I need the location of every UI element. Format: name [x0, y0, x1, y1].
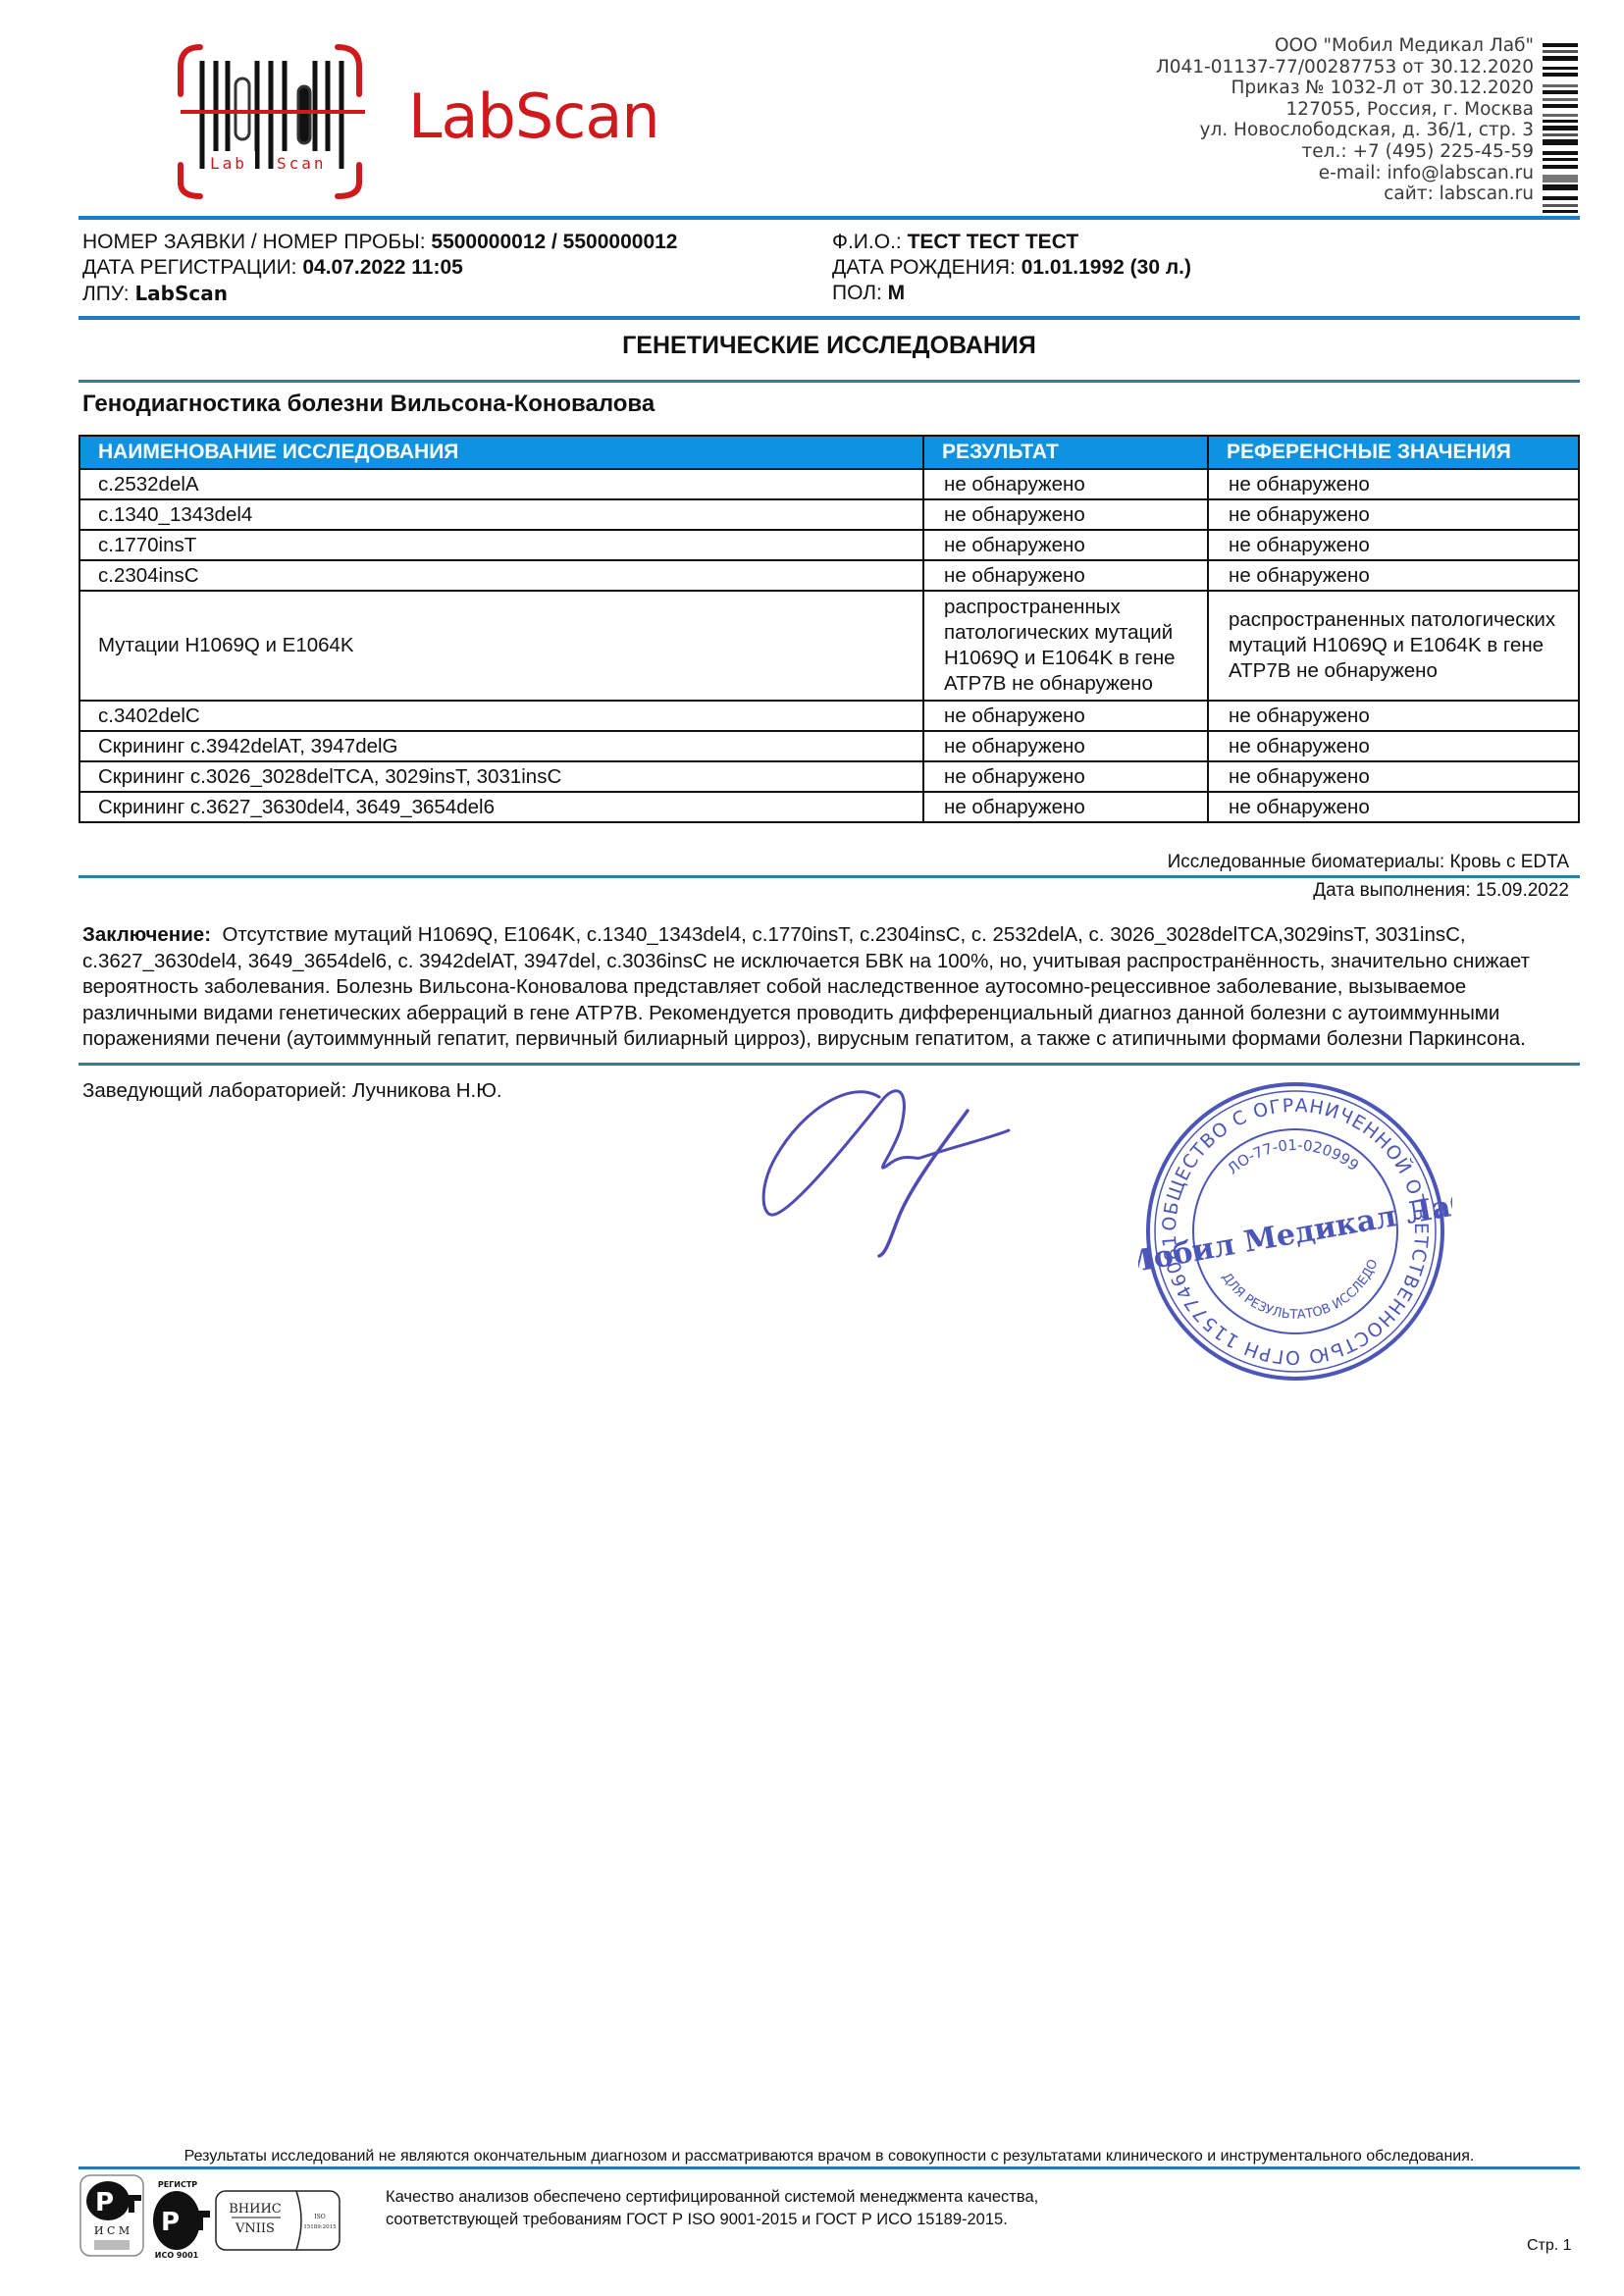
barcode-icon	[1543, 41, 1578, 214]
table-header: НАИМЕНОВАНИЕ ИССЛЕДОВАНИЯ РЕЗУЛЬТАТ РЕФЕ…	[79, 436, 1579, 469]
logo-wordmark: LabScan	[408, 80, 659, 152]
patient-name-value: ТЕСТ ТЕСТ ТЕСТ	[908, 231, 1079, 253]
test-result: не обнаружено	[923, 530, 1208, 560]
conclusion: Заключение: Отсутствие мутаций H1069Q, E…	[82, 922, 1574, 1053]
svg-text:Scan: Scan	[277, 154, 327, 173]
patient-name-row: Ф.И.О.: ТЕСТ ТЕСТ ТЕСТ	[832, 230, 1191, 255]
test-result: не обнаружено	[923, 469, 1208, 499]
table-row: c.2532delA не обнаружено не обнаружено	[79, 469, 1579, 499]
conclusion-label: Заключение:	[82, 923, 211, 946]
registration-date-value: 04.07.2022 11:05	[302, 256, 463, 279]
conclusion-text: Отсутствие мутаций H1069Q, E1064K, c.134…	[82, 923, 1530, 1050]
section-divider	[79, 380, 1580, 383]
company-name: ООО "Мобил Медикал Лаб"	[1156, 35, 1534, 57]
svg-text:И С М: И С М	[94, 2224, 130, 2237]
svg-text:Р: Р	[161, 2208, 180, 2237]
test-reference: не обнаружено	[1208, 761, 1579, 792]
company-site: сайт: labscan.ru	[1156, 183, 1534, 205]
test-name: Мутации H1069Q и E1064K	[79, 591, 923, 701]
sex-row: ПОЛ: М	[832, 281, 1191, 306]
company-email: e-mail: info@labscan.ru	[1156, 163, 1534, 184]
biomaterial-note: Исследованные биоматериалы: Кровь с EDTA	[1168, 852, 1569, 873]
company-phone: тел.: +7 (495) 225-45-59	[1156, 141, 1534, 163]
test-reference: не обнаружено	[1208, 731, 1579, 761]
page-number: Стр. 1	[1527, 2237, 1572, 2255]
svg-text:ВНИИС: ВНИИС	[229, 2202, 282, 2217]
test-name: c.3402delC	[79, 701, 923, 731]
patient-name-label: Ф.И.О.:	[832, 231, 908, 253]
info-divider	[79, 316, 1580, 320]
disclaimer: Результаты исследований не являются окон…	[0, 2148, 1624, 2166]
test-reference: не обнаружено	[1208, 701, 1579, 731]
test-title: Генодиагностика болезни Вильсона-Коновал…	[82, 391, 655, 418]
column-header-name: НАИМЕНОВАНИЕ ИССЛЕДОВАНИЯ	[79, 436, 923, 469]
table-row: c.1340_1343del4 не обнаружено не обнаруж…	[79, 499, 1579, 530]
rst-registry-icon: РЕГИСТР Р ИСО 9001	[153, 2180, 210, 2260]
svg-text:15189:2015: 15189:2015	[303, 2224, 337, 2230]
section-title: ГЕНЕТИЧЕСКИЕ ИССЛЕДОВАНИЯ	[0, 332, 1624, 360]
labscan-logo: Lab Scan LabScan	[173, 37, 663, 204]
test-reference: не обнаружено	[1208, 560, 1579, 591]
table-row: c.3402delC не обнаружено не обнаружено	[79, 701, 1579, 731]
sex-label: ПОЛ:	[832, 282, 888, 304]
test-reference: не обнаружено	[1208, 469, 1579, 499]
company-street: ул. Новослободская, д. 36/1, стр. 3	[1156, 120, 1534, 141]
svg-text:РЕГИСТР: РЕГИСТР	[158, 2180, 197, 2189]
test-name: c.1340_1343del4	[79, 499, 923, 530]
test-name: c.2532delA	[79, 469, 923, 499]
table-row: c.2304insC не обнаружено не обнаружено	[79, 560, 1579, 591]
test-name: c.1770insT	[79, 530, 923, 560]
head-of-lab: Заведующий лабораторией: Лучникова Н.Ю.	[82, 1079, 502, 1103]
test-result: не обнаружено	[923, 560, 1208, 591]
birth-date-label: ДАТА РОЖДЕНИЯ:	[832, 256, 1022, 279]
order-number-row: НОМЕР ЗАЯВКИ / НОМЕР ПРОБЫ: 5500000012 /…	[82, 230, 677, 255]
test-result: не обнаружено	[923, 761, 1208, 792]
test-reference: не обнаружено	[1208, 530, 1579, 560]
order-number-label: НОМЕР ЗАЯВКИ / НОМЕР ПРОБЫ:	[82, 231, 431, 253]
sex-value: М	[888, 282, 906, 304]
footer-divider	[79, 2166, 1580, 2169]
rst-ism-icon: Р И С М	[80, 2175, 143, 2256]
test-result: не обнаружено	[923, 701, 1208, 731]
order-number-value: 5500000012 / 5500000012	[431, 231, 677, 253]
svg-text:ISO: ISO	[314, 2214, 325, 2220]
quality-statement: Качество анализов обеспечено сертифициро…	[386, 2186, 1038, 2231]
quality-line-2: соответствующей требованиям ГОСТ Р ISO 9…	[386, 2209, 1038, 2231]
table-row: c.1770insT не обнаружено не обнаружено	[79, 530, 1579, 560]
results-table: НАИМЕНОВАНИЕ ИССЛЕДОВАНИЯ РЕЗУЛЬТАТ РЕФЕ…	[79, 435, 1580, 823]
header-divider	[79, 216, 1580, 220]
company-city: 127055, Россия, г. Москва	[1156, 99, 1534, 121]
svg-text:ИСО 9001: ИСО 9001	[155, 2251, 199, 2260]
table-row: Скрининг c.3942delAT, 3947delG не обнару…	[79, 731, 1579, 761]
lpu-row: ЛПУ: LabScan	[82, 281, 677, 307]
test-reference: не обнаружено	[1208, 792, 1579, 822]
company-license: Л041-01137-77/00287753 от 30.12.2020	[1156, 57, 1534, 78]
company-order: Приказ № 1032-Л от 30.12.2020	[1156, 78, 1534, 99]
test-name: Скрининг c.3627_3630del4, 3649_3654del6	[79, 792, 923, 822]
certification-logos: Р И С М РЕГИСТР Р ИСО 9001 ВНИИС VNIIS I…	[79, 2173, 363, 2271]
column-header-reference: РЕФЕРЕНСНЫЕ ЗНАЧЕНИЯ	[1208, 436, 1579, 469]
svg-text:VNIIS: VNIIS	[235, 2221, 275, 2236]
company-info: ООО "Мобил Медикал Лаб" Л041-01137-77/00…	[1156, 35, 1534, 205]
stamp-icon: ОБЩЕСТВО С ОГРАНИЧЕННОЙ ОТВЕТСТВЕННОСТЬЮ…	[1138, 1074, 1452, 1388]
lpu-label: ЛПУ:	[82, 283, 134, 305]
registration-date-row: ДАТА РЕГИСТРАЦИИ: 04.07.2022 11:05	[82, 255, 677, 281]
vniis-iso-icon: ВНИИС VNIIS ISO 15189:2015	[216, 2191, 340, 2250]
test-reference: не обнаружено	[1208, 499, 1579, 530]
test-name: Скрининг c.3026_3028delTCA, 3029insT, 30…	[79, 761, 923, 792]
svg-text:Р: Р	[95, 2188, 114, 2218]
patient-info: Ф.И.О.: ТЕСТ ТЕСТ ТЕСТ ДАТА РОЖДЕНИЯ: 01…	[832, 230, 1191, 306]
svg-text:Lab: Lab	[210, 154, 247, 173]
birth-date-row: ДАТА РОЖДЕНИЯ: 01.01.1992 (30 л.)	[832, 255, 1191, 281]
test-result: распространенных патологических мутаций …	[923, 591, 1208, 701]
birth-date-value: 01.01.1992 (30 л.)	[1022, 256, 1191, 279]
order-info: НОМЕР ЗАЯВКИ / НОМЕР ПРОБЫ: 5500000012 /…	[82, 230, 677, 307]
test-name: c.2304insC	[79, 560, 923, 591]
lpu-value: LabScan	[134, 282, 228, 305]
quality-line-1: Качество анализов обеспечено сертифициро…	[386, 2186, 1038, 2209]
test-name: Скрининг c.3942delAT, 3947delG	[79, 731, 923, 761]
test-result: не обнаружено	[923, 792, 1208, 822]
table-row: Скрининг c.3026_3028delTCA, 3029insT, 30…	[79, 761, 1579, 792]
conclusion-divider	[79, 1063, 1580, 1066]
registration-date-label: ДАТА РЕГИСТРАЦИИ:	[82, 256, 302, 279]
execution-date: Дата выполнения: 15.09.2022	[1313, 880, 1569, 902]
test-result: не обнаружено	[923, 499, 1208, 530]
test-reference: распространенных патологических мутаций …	[1208, 591, 1579, 701]
biomaterial-divider	[79, 875, 1580, 878]
test-result: не обнаружено	[923, 731, 1208, 761]
column-header-result: РЕЗУЛЬТАТ	[923, 436, 1208, 469]
table-row: Скрининг c.3627_3630del4, 3649_3654del6 …	[79, 792, 1579, 822]
signature-icon	[744, 1070, 1048, 1266]
table-row: Мутации H1069Q и E1064K распространенных…	[79, 591, 1579, 701]
